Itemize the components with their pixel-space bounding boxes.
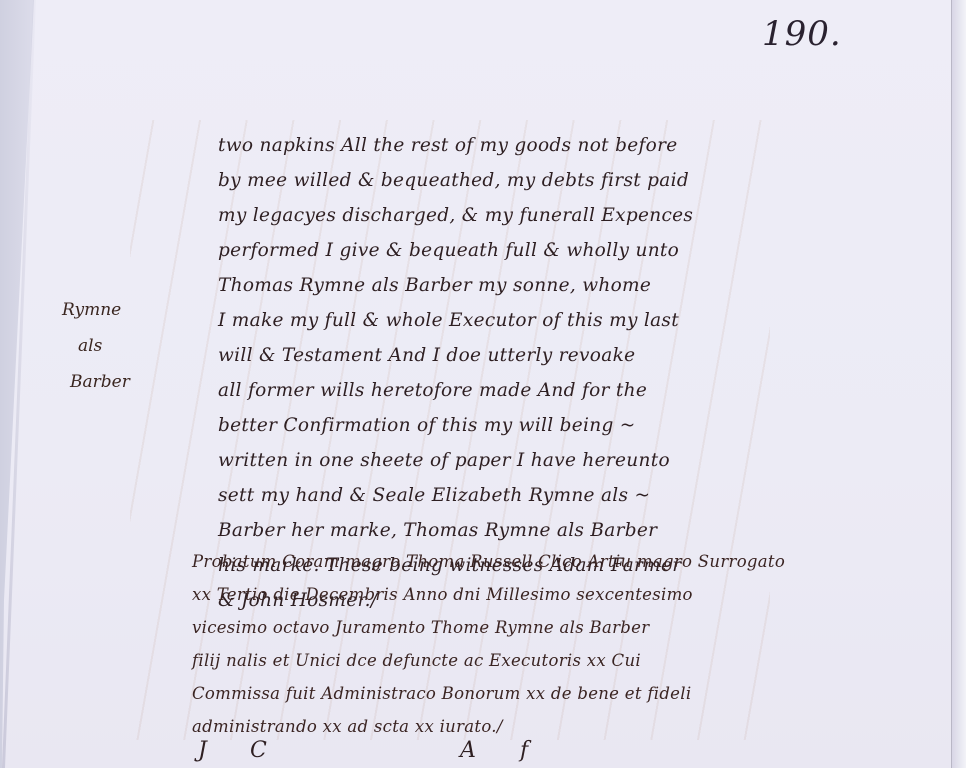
margin-annotation: Rymne als Barber xyxy=(62,292,182,400)
text-line: by mee willed & bequeathed, my debts fir… xyxy=(218,163,898,198)
fragment: J xyxy=(198,738,207,763)
margin-note-line: Rymne xyxy=(62,292,182,328)
probate-line: vicesimo octavo Juramento Thome Rymne al… xyxy=(192,611,892,644)
text-line: better Confirmation of this my will bein… xyxy=(218,408,898,443)
probate-line: Probatum Coram magro Thoma Russell Clico… xyxy=(192,545,892,578)
fragment: A xyxy=(460,738,476,763)
margin-note-line: als xyxy=(62,328,182,364)
fragment: f xyxy=(520,738,528,763)
page-right-edge xyxy=(951,0,966,768)
text-line: all former wills heretofore made And for… xyxy=(218,373,898,408)
text-line: two napkins All the rest of my goods not… xyxy=(218,128,898,163)
text-line: I make my full & whole Executor of this … xyxy=(218,303,898,338)
text-line: performed I give & bequeath full & wholl… xyxy=(218,233,898,268)
probate-clause: Probatum Coram magro Thoma Russell Clico… xyxy=(192,545,892,743)
fragment: C xyxy=(250,738,267,763)
margin-note-line: Barber xyxy=(62,364,182,400)
text-line: written in one sheete of paper I have he… xyxy=(218,443,898,478)
probate-line: Commissa fuit Administraco Bonorum xx de… xyxy=(192,677,892,710)
probate-line: xx Tertio die Decembris Anno dni Millesi… xyxy=(192,578,892,611)
probate-line: filij nalis et Unici dce defuncte ac Exe… xyxy=(192,644,892,677)
text-line: my legacyes discharged, & my funerall Ex… xyxy=(218,198,898,233)
folio-number: 190. xyxy=(762,14,842,54)
text-line: will & Testament And I doe utterly revoa… xyxy=(218,338,898,373)
text-line: Barber her marke, Thomas Rymne als Barbe… xyxy=(218,513,898,548)
text-line: Thomas Rymne als Barber my sonne, whome xyxy=(218,268,898,303)
cut-off-next-line: J C A f xyxy=(190,738,890,768)
text-line: sett my hand & Seale Elizabeth Rymne als… xyxy=(218,478,898,513)
